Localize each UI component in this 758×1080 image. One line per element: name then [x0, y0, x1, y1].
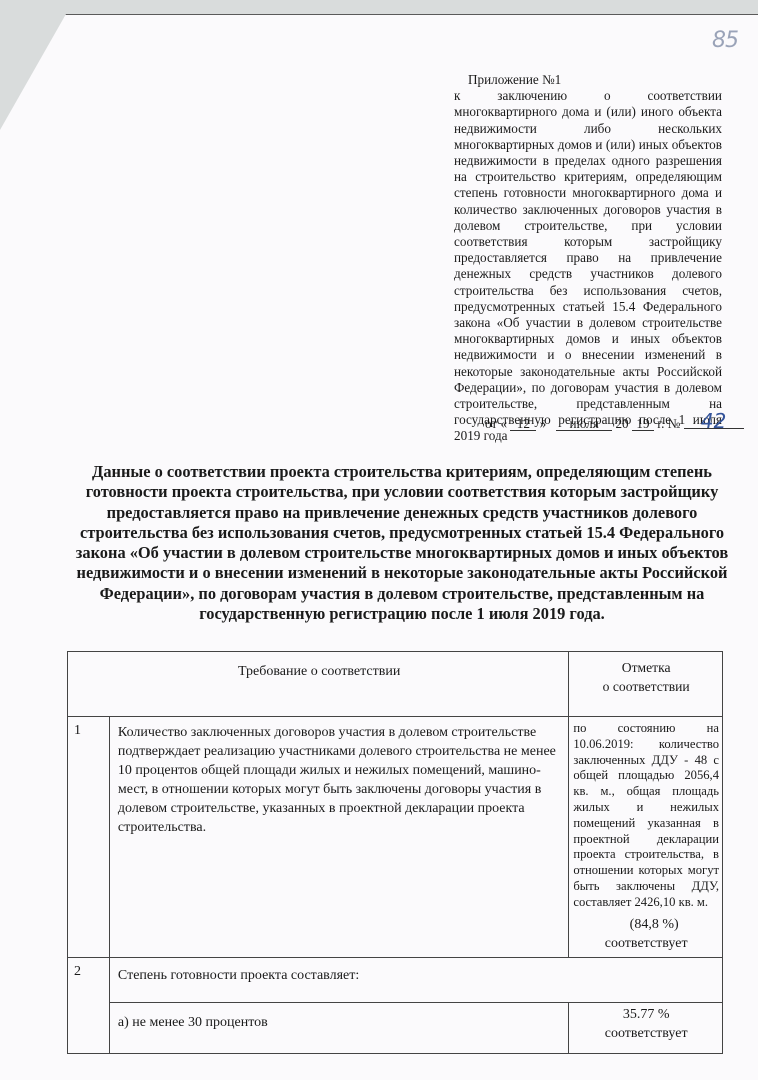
- appendix-description: к заключению о соответствии многоквартир…: [454, 88, 722, 444]
- mark-percent: 35.77 %: [573, 1005, 719, 1024]
- mark-verdict: соответствует: [573, 1024, 719, 1043]
- main-title: Данные о соответствии проекта строительс…: [62, 462, 742, 624]
- row-requirement: а) не менее 30 процентов: [109, 1002, 568, 1053]
- mark-verdict: соответствует: [573, 934, 719, 953]
- row-requirement: Количество заключенных договоров участия…: [109, 717, 568, 958]
- appendix-title: Приложение №1: [454, 72, 722, 88]
- appendix-header: Приложение №1 к заключению о соответстви…: [454, 72, 722, 445]
- table-row: а) не менее 30 процентов 35.77 % соответ…: [68, 1002, 723, 1053]
- row-requirement: Степень готовности проекта составляет:: [109, 957, 722, 1002]
- header-requirement: Требование о соответствии: [68, 652, 569, 717]
- row-mark: по состоянию на 10.06.2019: количество з…: [569, 717, 723, 958]
- table-row: 1 Количество заключенных договоров участ…: [68, 717, 723, 958]
- handwritten-page-number: 85: [712, 28, 738, 53]
- row-number: 1: [68, 717, 110, 958]
- mark-percent: (84,8 %): [573, 911, 719, 934]
- requirements-table: Требование о соответствии Отметка о соот…: [67, 651, 723, 1054]
- table-row: 2 Степень готовности проекта составляет:: [68, 957, 723, 1002]
- date-year: 19: [632, 417, 654, 431]
- mark-details: по состоянию на 10.06.2019: количество з…: [573, 721, 719, 911]
- date-month: июля: [556, 417, 612, 431]
- document-number: 42: [684, 415, 744, 429]
- header-mark: Отметка о соответствии: [569, 652, 723, 717]
- document-date-line: от « 12 » июля 20 19 г. № 42: [485, 415, 744, 432]
- date-day: 12: [510, 417, 536, 431]
- row-mark: 35.77 % соответствует: [569, 1002, 723, 1053]
- row-number: 2: [68, 957, 110, 1002]
- row-number: [68, 1002, 110, 1053]
- table-header-row: Требование о соответствии Отметка о соот…: [68, 652, 723, 717]
